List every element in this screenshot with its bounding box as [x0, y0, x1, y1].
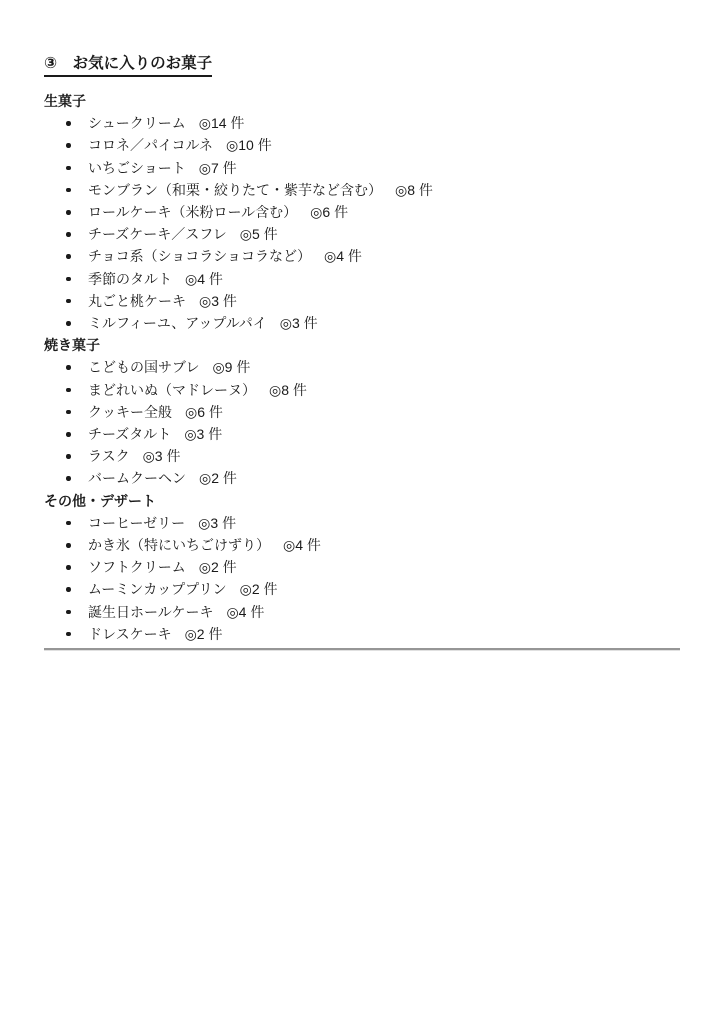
item-name: クッキー全般 — [88, 404, 172, 420]
list-item: コロネ／パイコルネ◎10 件 — [44, 134, 680, 156]
bullet-icon — [66, 277, 71, 282]
item-count: ◎2 件 — [185, 626, 223, 642]
item-count: ◎4 件 — [226, 604, 264, 620]
item-count: ◎2 件 — [240, 581, 278, 597]
list-item: チーズケーキ／スフレ◎5 件 — [44, 223, 680, 245]
list-item: まどれいぬ（マドレーヌ）◎8 件 — [44, 379, 680, 401]
item-count: ◎8 件 — [269, 382, 307, 398]
bullet-icon — [66, 632, 71, 637]
bullet-icon — [66, 410, 71, 415]
list-item: ムーミンカッププリン◎2 件 — [44, 578, 680, 600]
page-title-text: ③ お気に入りのお菓子 — [44, 53, 212, 77]
item-count: ◎3 件 — [280, 315, 318, 331]
bullet-icon — [66, 543, 71, 548]
bullet-icon — [66, 432, 71, 437]
list-item: ミルフィーユ、アップルパイ◎3 件 — [44, 312, 680, 334]
item-name: かき氷（特にいちごけずり） — [88, 537, 270, 553]
item-count: ◎3 件 — [143, 448, 181, 464]
bullet-icon — [66, 210, 71, 215]
bullet-icon — [66, 254, 71, 259]
list-item: ロールケーキ（米粉ロール含む）◎6 件 — [44, 201, 680, 223]
list-item: モンブラン（和栗・絞りたて・紫芋など含む）◎8 件 — [44, 179, 680, 201]
bullet-icon — [66, 610, 71, 615]
bullet-icon — [66, 365, 71, 370]
item-name: 丸ごと桃ケーキ — [88, 293, 186, 309]
item-count: ◎3 件 — [184, 426, 222, 442]
item-count: ◎4 件 — [283, 537, 321, 553]
item-count: ◎10 件 — [226, 137, 272, 153]
item-list-namagashi: シュークリーム◎14 件 コロネ／パイコルネ◎10 件 いちごショート◎7 件 … — [44, 112, 680, 334]
item-count: ◎6 件 — [185, 404, 223, 420]
bullet-icon — [66, 143, 71, 148]
item-name: シュークリーム — [88, 115, 186, 131]
item-count: ◎2 件 — [199, 470, 237, 486]
item-name: コーヒーゼリー — [88, 515, 185, 531]
item-name: こどもの国サブレ — [88, 359, 199, 375]
list-item: シュークリーム◎14 件 — [44, 112, 680, 134]
item-name: バームクーヘン — [88, 470, 186, 486]
section-heading-sonota-dessert: その他・デザート — [44, 490, 680, 512]
document-page: ③ お気に入りのお菓子 生菓子 シュークリーム◎14 件 コロネ／パイコルネ◎1… — [0, 0, 724, 1024]
item-count: ◎4 件 — [324, 248, 362, 264]
bullet-icon — [66, 321, 71, 326]
bullet-icon — [66, 121, 71, 126]
item-name: ロールケーキ（米粉ロール含む） — [88, 204, 297, 220]
bullet-icon — [66, 388, 71, 393]
item-name: 季節のタルト — [88, 271, 172, 287]
item-count: ◎8 件 — [395, 182, 433, 198]
list-item: コーヒーゼリー◎3 件 — [44, 512, 680, 534]
list-item: クッキー全般◎6 件 — [44, 401, 680, 423]
list-item: こどもの国サブレ◎9 件 — [44, 356, 680, 378]
list-item: 季節のタルト◎4 件 — [44, 268, 680, 290]
item-list-sonota-dessert: コーヒーゼリー◎3 件 かき氷（特にいちごけずり）◎4 件 ソフトクリーム◎2 … — [44, 512, 680, 645]
item-name: チョコ系（ショコラショコラなど） — [88, 248, 311, 264]
item-count: ◎5 件 — [240, 226, 278, 242]
item-name: ラスク — [88, 448, 130, 464]
list-item: かき氷（特にいちごけずり）◎4 件 — [44, 534, 680, 556]
list-item: いちごショート◎7 件 — [44, 157, 680, 179]
item-count: ◎7 件 — [199, 160, 237, 176]
item-count: ◎9 件 — [212, 359, 250, 375]
item-count: ◎14 件 — [199, 115, 245, 131]
item-name: コロネ／パイコルネ — [88, 137, 213, 153]
horizontal-divider — [44, 648, 680, 651]
item-count: ◎2 件 — [199, 559, 237, 575]
item-name: モンブラン（和栗・絞りたて・紫芋など含む） — [88, 182, 382, 198]
bullet-icon — [66, 565, 71, 570]
item-count: ◎3 件 — [198, 515, 236, 531]
item-name: ミルフィーユ、アップルパイ — [88, 315, 267, 331]
list-item: ソフトクリーム◎2 件 — [44, 556, 680, 578]
list-item: ドレスケーキ◎2 件 — [44, 623, 680, 645]
section-heading-yakigashi: 焼き菓子 — [44, 334, 680, 356]
list-item: 丸ごと桃ケーキ◎3 件 — [44, 290, 680, 312]
item-list-yakigashi: こどもの国サブレ◎9 件 まどれいぬ（マドレーヌ）◎8 件 クッキー全般◎6 件… — [44, 356, 680, 489]
item-count: ◎6 件 — [310, 204, 348, 220]
list-item: バームクーヘン◎2 件 — [44, 467, 680, 489]
bullet-icon — [66, 166, 71, 171]
item-name: ドレスケーキ — [88, 626, 172, 642]
page-title: ③ お気に入りのお菓子 — [44, 53, 680, 77]
bullet-icon — [66, 454, 71, 459]
list-item: 誕生日ホールケーキ◎4 件 — [44, 601, 680, 623]
bullet-icon — [66, 232, 71, 237]
item-name: ソフトクリーム — [88, 559, 186, 575]
bullet-icon — [66, 521, 71, 526]
bullet-icon — [66, 299, 71, 304]
item-name: いちごショート — [88, 160, 186, 176]
section-heading-namagashi: 生菓子 — [44, 90, 680, 112]
item-name: ムーミンカッププリン — [88, 581, 227, 597]
item-name: まどれいぬ（マドレーヌ） — [88, 382, 256, 398]
list-item: チーズタルト◎3 件 — [44, 423, 680, 445]
bullet-icon — [66, 476, 71, 481]
list-item: チョコ系（ショコラショコラなど）◎4 件 — [44, 245, 680, 267]
bullet-icon — [66, 188, 71, 193]
item-count: ◎3 件 — [199, 293, 237, 309]
list-item: ラスク◎3 件 — [44, 445, 680, 467]
item-count: ◎4 件 — [185, 271, 223, 287]
item-name: チーズタルト — [88, 426, 171, 442]
bullet-icon — [66, 587, 71, 592]
item-name: チーズケーキ／スフレ — [88, 226, 227, 242]
item-name: 誕生日ホールケーキ — [88, 604, 213, 620]
